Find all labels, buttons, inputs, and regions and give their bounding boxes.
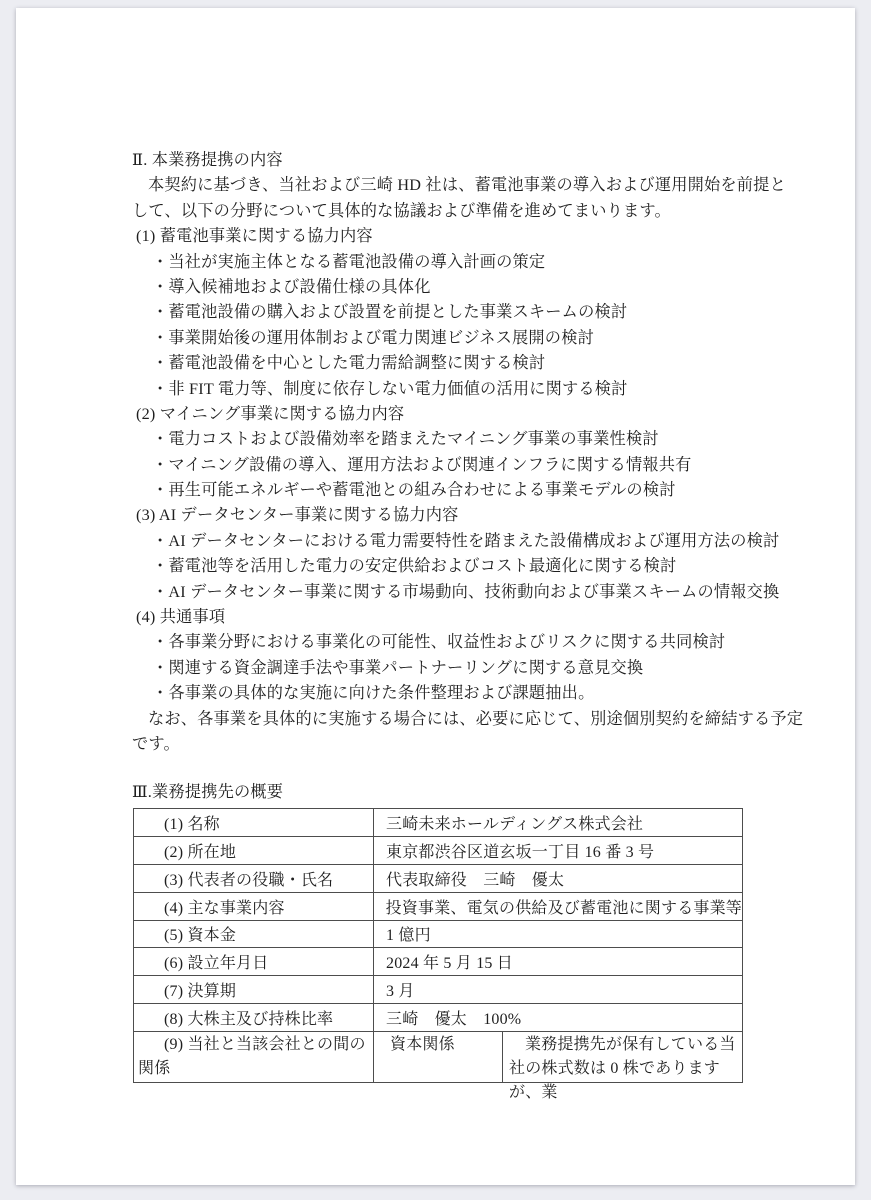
table-row-label: (2) 所在地 (134, 837, 374, 864)
document-line: ・非 FIT 電力等、制度に依存しない電力価値の活用に関する検討 (132, 377, 792, 402)
table-row-value: 三崎未来ホールディングス株式会社 (374, 809, 742, 836)
document-line: ・AI データセンター事業に関する市場動向、技術動向および事業スキームの情報交換 (132, 580, 792, 605)
table-row-value: 2024 年 5 月 15 日 (374, 948, 742, 975)
table-row: (6) 設立年月日2024 年 5 月 15 日 (134, 948, 742, 976)
document-line: ・AI データセンターにおける電力需要特性を踏まえた設備構成および運用方法の検討 (132, 529, 792, 554)
table-row-label: (8) 大株主及び持株比率 (134, 1004, 374, 1031)
table-row-label: (3) 代表者の役職・氏名 (134, 865, 374, 892)
table-row: (2) 所在地東京都渋谷区道玄坂一丁目 16 番 3 号 (134, 837, 742, 865)
section2-lines: 本契約に基づき、当社および三崎 HD 社は、蓄電池事業の導入および運用開始を前提… (132, 173, 792, 757)
document-body: Ⅱ. 本業務提携の内容 本契約に基づき、当社および三崎 HD 社は、蓄電池事業の… (132, 148, 792, 1083)
table-row-label: (5) 資本金 (134, 921, 374, 948)
table-row: (1) 名称三崎未来ホールディングス株式会社 (134, 809, 742, 837)
section2-heading: Ⅱ. 本業務提携の内容 (132, 148, 792, 173)
table-row: (7) 決算期 3 月 (134, 976, 742, 1004)
document-line: ・当社が実施主体となる蓄電池設備の導入計画の策定 (132, 250, 792, 275)
document-line: (1) 蓄電池事業に関する協力内容 (132, 224, 792, 249)
document-line: ・電力コストおよび設備効率を踏まえたマイニング事業の事業性検討 (132, 427, 792, 452)
table-row-value: 投資事業、電気の供給及び蓄電池に関する事業等 (374, 893, 742, 920)
document-line: です。 (132, 732, 792, 757)
document-line: ・関連する資金調達手法や事業パートナーリングに関する意見交換 (132, 656, 792, 681)
document-line: ・蓄電池等を活用した電力の安定供給およびコスト最適化に関する検討 (132, 554, 792, 579)
document-line: ・各事業の具体的な実施に向けた条件整理および課題抽出。 (132, 681, 792, 706)
table-row-value: 3 月 (374, 976, 742, 1003)
document-line: ・蓄電池設備を中心とした電力需給調整に関する検討 (132, 351, 792, 376)
table-row-label: (6) 設立年月日 (134, 948, 374, 975)
capital-relationship-description: 業務提携先が保有している当社の株式数は 0 株でありますが、業 (503, 1032, 742, 1082)
table-row-value: 東京都渋谷区道玄坂一丁目 16 番 3 号 (374, 837, 742, 864)
partner-overview-table: (1) 名称三崎未来ホールディングス株式会社(2) 所在地東京都渋谷区道玄坂一丁… (133, 808, 743, 1082)
capital-relationship-label: 資本関係 (374, 1032, 503, 1082)
document-line: ・各事業分野における事業化の可能性、収益性およびリスクに関する共同検討 (132, 630, 792, 655)
document-line: ・事業開始後の運用体制および電力関連ビジネス展開の検討 (132, 326, 792, 351)
section3-heading: Ⅲ.業務提携先の概要 (132, 780, 792, 805)
document-line: ・蓄電池設備の購入および設置を前提とした事業スキームの検討 (132, 300, 792, 325)
table-row: (3) 代表者の役職・氏名代表取締役 三崎 優太 (134, 865, 742, 893)
table-row: (5) 資本金1 億円 (134, 921, 742, 949)
table-row-value: 代表取締役 三崎 優太 (374, 865, 742, 892)
document-line: ・再生可能エネルギーや蓄電池との組み合わせによる事業モデルの検討 (132, 478, 792, 503)
document-line: ・マイニング設備の導入、運用方法および関連インフラに関する情報共有 (132, 453, 792, 478)
document-viewer: Ⅱ. 本業務提携の内容 本契約に基づき、当社および三崎 HD 社は、蓄電池事業の… (0, 0, 871, 1200)
document-line: (2) マイニング事業に関する協力内容 (132, 402, 792, 427)
table-row-label: (9) 当社と当該会社との間の関係 (134, 1032, 374, 1082)
table-row: (8) 大株主及び持株比率三崎 優太 100% (134, 1004, 742, 1032)
table-row: (4) 主な事業内容 投資事業、電気の供給及び蓄電池に関する事業等 (134, 893, 742, 921)
document-page: Ⅱ. 本業務提携の内容 本契約に基づき、当社および三崎 HD 社は、蓄電池事業の… (16, 8, 855, 1185)
table-row-value: 三崎 優太 100% (374, 1004, 742, 1031)
table-row-value: 1 億円 (374, 921, 742, 948)
document-line: なお、各事業を具体的に実施する場合には、必要に応じて、別途個別契約を締結する予定 (132, 707, 792, 732)
table-row-label: (7) 決算期 (134, 976, 374, 1003)
document-line: 本契約に基づき、当社および三崎 HD 社は、蓄電池事業の導入および運用開始を前提… (132, 173, 792, 198)
document-line: (4) 共通事項 (132, 605, 792, 630)
table-row-label: (1) 名称 (134, 809, 374, 836)
document-line: ・導入候補地および設備仕様の具体化 (132, 275, 792, 300)
table-row-label: (4) 主な事業内容 (134, 893, 374, 920)
document-line: して、以下の分野について具体的な協議および準備を進めてまいります。 (132, 199, 792, 224)
document-line: (3) AI データセンター事業に関する協力内容 (132, 503, 792, 528)
table-row-relationship: (9) 当社と当該会社との間の関係資本関係業務提携先が保有している当社の株式数は… (134, 1032, 742, 1082)
